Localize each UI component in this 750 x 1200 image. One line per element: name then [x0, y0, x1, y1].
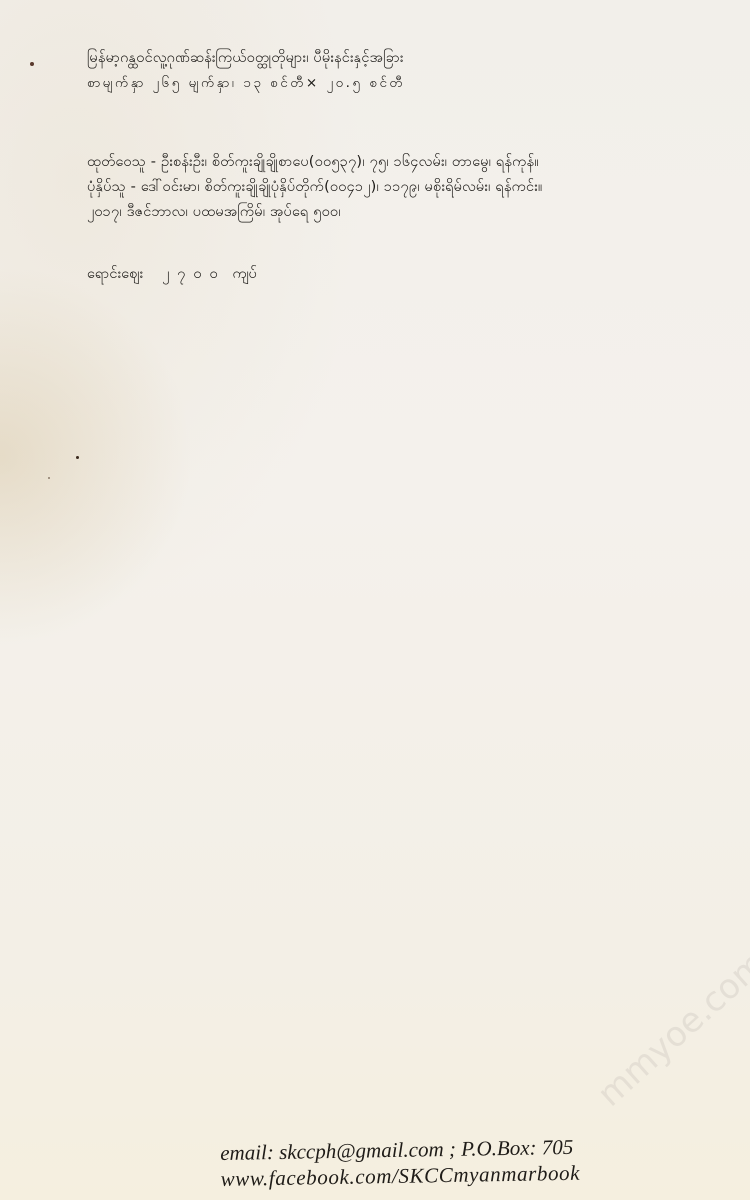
- book-title-block: မြန်မာ့ဂန္ထဝင်လူ့ဂုဏ်ဆန်းကြယ်ဝတ္ထုတိုမျာ…: [87, 46, 405, 96]
- publisher-line: ပုံနှိပ်သူ - ဒေါ်ဝင်းမာ၊ စိတ်ကူးချိုချို…: [87, 175, 543, 200]
- book-imprint-page: မြန်မာ့ဂန္ထဝင်လူ့ဂုဏ်ဆန်းကြယ်ဝတ္ထုတိုမျာ…: [0, 0, 750, 1200]
- price-unit: ကျပ်: [232, 266, 257, 282]
- price-line: ရောင်းဈေး ၂၇၀၀ ကျပ်: [87, 262, 257, 287]
- ink-speck: [48, 477, 50, 479]
- printer-line: ထုတ်ဝေသူ - ဦးစန်းဦး၊ စိတ်ကူးချိုချိုစာပေ…: [87, 150, 543, 175]
- book-specs-line: စာမျက်နှာ ၂၆၅ မျက်နှာ၊ ၁၃ စင်တီ× ၂၀.၅ စင…: [87, 71, 405, 96]
- book-title-line: မြန်မာ့ဂန္ထဝင်လူ့ဂုဏ်ဆန်းကြယ်ဝတ္ထုတိုမျာ…: [87, 46, 405, 71]
- ink-speck: [76, 456, 79, 459]
- watermark: mmyoe.com: [590, 943, 750, 1114]
- publisher-contact-footer: email: skccph@gmail.com ; P.O.Box: 705 w…: [220, 1134, 580, 1192]
- ink-speck: [30, 62, 34, 66]
- edition-line: ၂၀၁၇၊ ဒီဇင်ဘာလ၊ ပထမအကြိမ်၊ အုပ်ရေ ၅၀၀၊: [87, 200, 543, 225]
- price-label: ရောင်းဈေး: [87, 266, 143, 282]
- price-amount: ၂၇၀၀: [162, 266, 226, 282]
- facebook-link: www.facebook.com/SKCCmyanmarbook: [220, 1160, 580, 1192]
- imprint-block: ထုတ်ဝေသူ - ဦးစန်းဦး၊ စိတ်ကူးချိုချိုစာပေ…: [87, 150, 543, 225]
